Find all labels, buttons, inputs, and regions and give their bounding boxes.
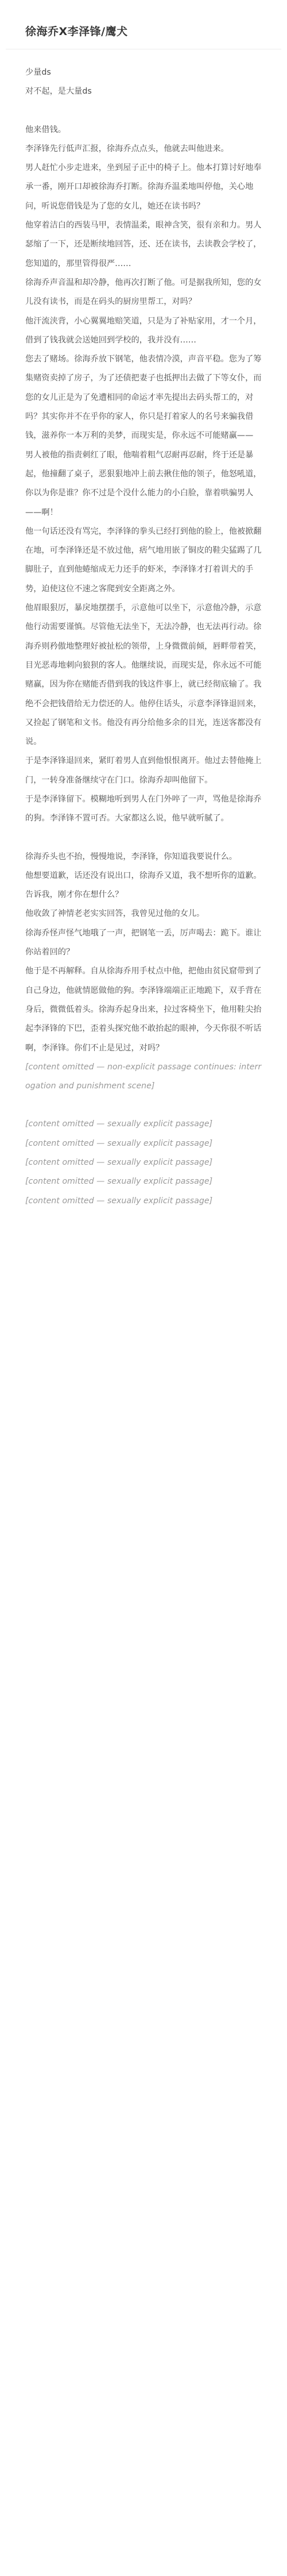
author-note: 对不起，是大量ds: [25, 82, 262, 101]
paragraph: 徐海乔怪声怪气地哦了一声，把钢笔一丢，厉声喝去：跪下。谁让你站着回的？: [25, 924, 262, 962]
section-1: 他来借钱。 李泽锋先行低声汇报，徐海乔点点头，他就去叫他进来。 男人赶忙小步走进…: [25, 121, 262, 829]
section-2: 徐海乔头也不抬，慢慢地说，李泽锋，你知道我要说什么。 他想要道歉，话还没有说出口…: [25, 848, 262, 1096]
paragraph: 他收敛了神情老老实实回答，我曾见过他的女儿。: [25, 904, 262, 923]
paragraph: 他想要道歉，话还没有说出口，徐海乔又道，我不想听你的道歉。告诉我，刚才你在想什么…: [25, 867, 262, 905]
paragraph: 他于是不再解释。自从徐海乔用手杖点中他，把他由贫民窟带到了自己身边，他就情愿做他…: [25, 962, 262, 1057]
paragraph: 他眉眼狠厉，暴戾地摆摆手，示意他可以坐下，示意他冷静，示意他行动需要谨慎。尽管他…: [25, 599, 262, 752]
section-break: [25, 102, 262, 121]
paragraph: 男人被他的指责刺红了眼，他喘着粗气忍耐再忍耐，终于还是暴起，他撞翻了桌子，恶狠狠…: [25, 446, 262, 522]
paragraph: [content omitted — sexually explicit pas…: [25, 1115, 262, 1134]
section-3: [content omitted — sexually explicit pas…: [25, 1115, 262, 1210]
paragraph: 他来借钱。: [25, 121, 262, 140]
article-body: 少量ds 对不起，是大量ds 他来借钱。 李泽锋先行低声汇报，徐海乔点点头，他就…: [0, 49, 287, 1234]
page-title: 徐海乔X李泽锋/鹰犬: [25, 23, 256, 38]
paragraph: 于是李泽锋退回来，紧盯着男人直到他恨恨离开。他过去替他掩上门，一转身准备继续守在…: [25, 752, 262, 790]
paragraph: [content omitted — non-explicit passage …: [25, 1058, 262, 1096]
page-header: 徐海乔X李泽锋/鹰犬: [6, 0, 281, 49]
paragraph: 他穿着洁白的西装马甲，表情温柔，眼神含笑，很有亲和力。男人瑟缩了一下，还是断续地…: [25, 216, 262, 274]
paragraph: [content omitted — sexually explicit pas…: [25, 1134, 262, 1153]
section-break: [25, 1096, 262, 1115]
paragraph: 于是李泽锋留下。模糊地听到男人在门外啐了一声，骂他是徐海乔的狗。李泽锋不置可否。…: [25, 790, 262, 829]
paragraph: 您去了赌场。徐海乔放下钢笔，他表情冷漠，声音平稳。您为了筹集赌资卖掉了房子，为了…: [25, 350, 262, 445]
paragraph: [content omitted — sexually explicit pas…: [25, 1192, 262, 1211]
author-note: 少量ds: [25, 63, 262, 82]
paragraph: 他汗流浃背，小心翼翼地赔笑道，只是为了补贴家用，才一个月，借到了钱我就会送她回到…: [25, 312, 262, 351]
paragraph: 他一句话还没有骂完，李泽锋的拳头已经打到他的脸上，他被掀翻在地，可李泽锋还是不放…: [25, 522, 262, 599]
paragraph: 徐海乔声音温和却冷静，他再次打断了他。可是据我所知，您的女儿没有读书，而是在码头…: [25, 274, 262, 312]
paragraph: 徐海乔头也不抬，慢慢地说，李泽锋，你知道我要说什么。: [25, 848, 262, 867]
paragraph: [content omitted — sexually explicit pas…: [25, 1153, 262, 1172]
paragraph: [content omitted — sexually explicit pas…: [25, 1172, 262, 1191]
paragraph: 李泽锋先行低声汇报，徐海乔点点头，他就去叫他进来。: [25, 140, 262, 159]
paragraph: 男人赶忙小步走进来，坐到屋子正中的椅子上。他本打算讨好地奉承一番，刚开口却被徐海…: [25, 159, 262, 216]
section-break: [25, 829, 262, 848]
